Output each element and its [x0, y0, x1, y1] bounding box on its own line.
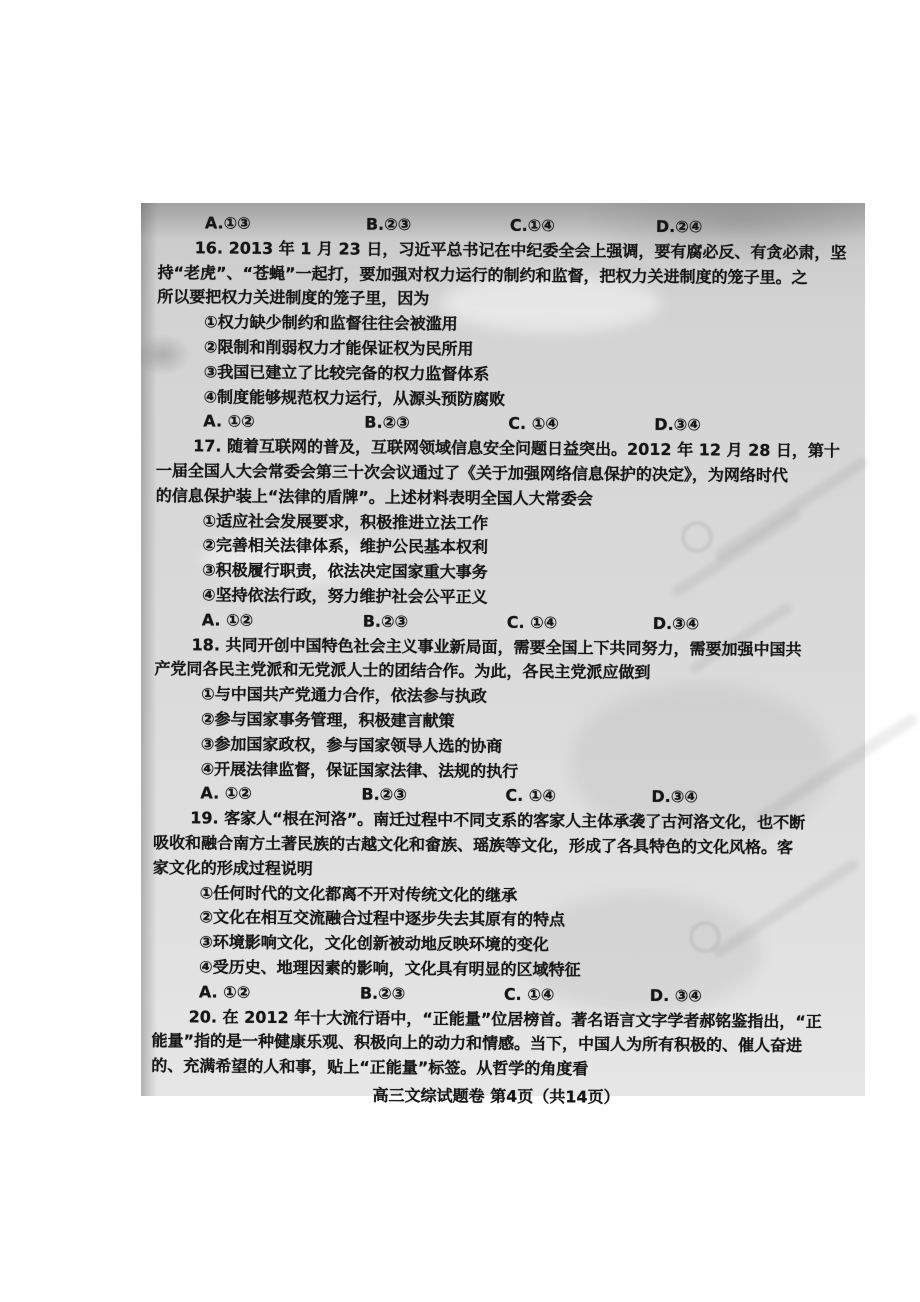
option-c: C. ①④	[505, 784, 651, 810]
question-16: 16. 2013 年 1 月 23 日，习近平总书记在中纪委全会上强调，要有腐必…	[156, 236, 848, 440]
scanned-paper-sheet: A.①③ B.②③ C.①④ D.②④ 16. 2013 年 1 月 23 日，…	[141, 203, 865, 1096]
option-a: A. ①②	[203, 410, 364, 436]
option-b: B.②③	[361, 783, 505, 809]
page-footer: 高三文综试题卷 第4页（共14页）	[151, 1081, 841, 1112]
option-a: A. ①②	[202, 608, 363, 634]
option-c: C. ①④	[504, 982, 650, 1008]
option-b: B.②③	[366, 213, 510, 239]
option-d: D.②④	[656, 215, 703, 240]
question-18: 18. 共同开创中国特色社会主义事业新局面，需要全国上下共同努力，需要加强中国共…	[153, 633, 844, 812]
option-a: A. ①②	[199, 980, 360, 1006]
option-d: D. ③④	[650, 984, 702, 1009]
option-d: D.③④	[654, 413, 701, 438]
question-20: 20. 在 2012 年十大流行语中，“正能量”位居榜首。著名语言文字学者郝铭鉴…	[151, 1004, 842, 1084]
page-content: A.①③ B.②③ C.①④ D.②④ 16. 2013 年 1 月 23 日，…	[151, 211, 848, 1112]
option-b: B.②③	[363, 609, 507, 635]
option-b: B.②③	[364, 411, 508, 437]
option-c: C.①④	[510, 214, 656, 240]
option-a: A. ①②	[200, 782, 361, 808]
option-d: D.③④	[653, 612, 700, 637]
option-a: A.①③	[205, 211, 366, 237]
question-19: 19. 客家人“根在河洛”。南迁过程中不同支系的客家人主体承袭了古河洛文化，也不…	[152, 806, 844, 1010]
option-b: B.②③	[360, 981, 504, 1007]
option-c: C. ①④	[507, 611, 653, 637]
question-17: 17. 随着互联网的普及，互联网领域信息安全问题日益突出。2012 年 12 月…	[155, 434, 847, 638]
option-c: C. ①④	[508, 412, 654, 438]
option-d: D.③④	[651, 785, 698, 810]
